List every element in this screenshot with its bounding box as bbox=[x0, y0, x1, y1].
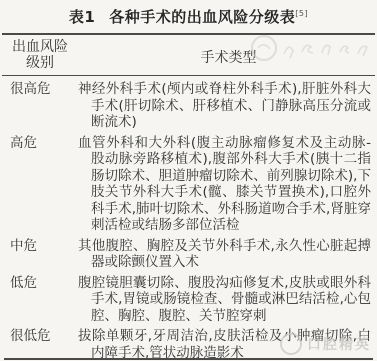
risk-level-cell: 高危 bbox=[0, 135, 78, 234]
table-row: 低危 腹腔镜胆囊切除、腹股沟疝修复术,皮肤或眼外科手术,胃镜或肠镜检查、骨髓或淋… bbox=[0, 275, 377, 325]
table-body: 很高危 神经外科手术(颅内或脊柱外科手术),肝脏外科大手术(肝切除术、肝移植术、… bbox=[0, 76, 377, 361]
table-title-text: 各种手术的出血风险分级表 bbox=[109, 8, 295, 26]
table-row: 很高危 神经外科手术(颅内或脊柱外科手术),肝脏外科大手术(肝切除术、肝移植术、… bbox=[0, 81, 377, 131]
surgery-type-cell: 腹腔镜胆囊切除、腹股沟疝修复术,皮肤或眼外科手术,胃镜或肠镜检查、骨髓或淋巴结活… bbox=[78, 275, 377, 325]
table-header-row: 出血风险 级别 手术类型 bbox=[0, 35, 377, 75]
header-surgery-type: 手术类型 bbox=[80, 39, 377, 71]
table-number: 表1 bbox=[69, 8, 95, 26]
surgery-type-cell: 血管外科和大外科(腹主动脉瘤修复术及主动脉-股动脉旁路移植术),腹部外科大手术(… bbox=[78, 135, 377, 234]
reference-superscript: [5] bbox=[295, 9, 308, 18]
risk-level-cell: 低危 bbox=[0, 275, 78, 325]
header-risk-level-line1: 出血风险 bbox=[0, 39, 80, 55]
risk-level-cell: 很高危 bbox=[0, 81, 78, 131]
table-title: 表1各种手术的出血风险分级表[5] bbox=[0, 0, 377, 27]
header-risk-level: 出血风险 级别 bbox=[0, 39, 80, 71]
table-row: 很低危 拔除单颗牙,牙周洁治,皮肤活检及小肿瘤切除,白内障手术,管状动脉造影术 bbox=[0, 328, 377, 361]
risk-level-cell: 中危 bbox=[0, 238, 78, 271]
table-row: 中危 其他腹腔、胸腔及关节外科手术,永久性心脏起搏器或除颤仪置入术 bbox=[0, 238, 377, 271]
surgery-type-cell: 其他腹腔、胸腔及关节外科手术,永久性心脏起搏器或除颤仪置入术 bbox=[78, 238, 377, 271]
surgery-type-cell: 神经外科手术(颅内或脊柱外科手术),肝脏外科大手术(肝切除术、肝移植术、门静脉高… bbox=[78, 81, 377, 131]
divider-bottom bbox=[4, 358, 373, 360]
header-risk-level-line2: 级别 bbox=[0, 55, 80, 71]
scanned-table-page: 表1各种手术的出血风险分级表[5] 出血风险 级别 手术类型 很高危 神经外科手… bbox=[0, 0, 377, 361]
surgery-type-cell: 拔除单颗牙,牙周洁治,皮肤活检及小肿瘤切除,白内障手术,管状动脉造影术 bbox=[78, 328, 377, 361]
table-row: 高危 血管外科和大外科(腹主动脉瘤修复术及主动脉-股动脉旁路移植术),腹部外科大… bbox=[0, 135, 377, 234]
risk-level-cell: 很低危 bbox=[0, 328, 78, 361]
